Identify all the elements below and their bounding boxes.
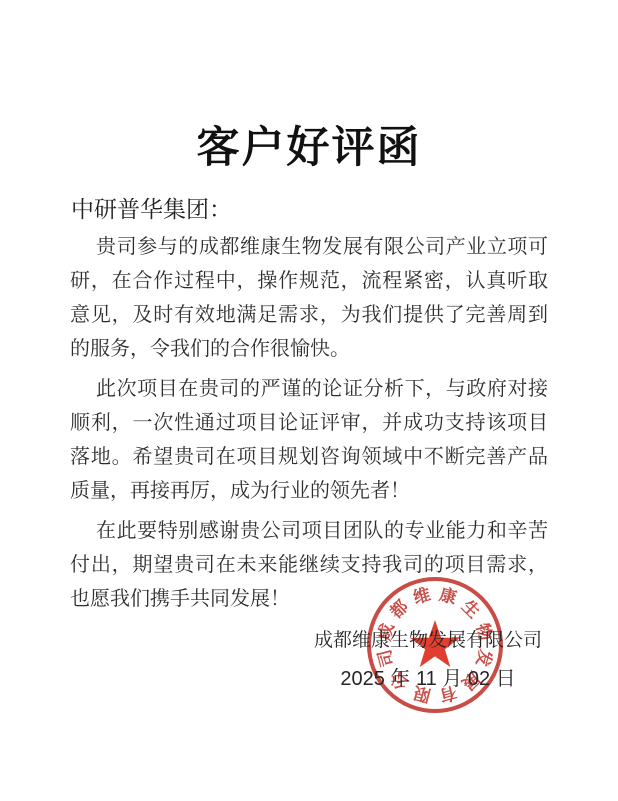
salutation: 中研普华集团： bbox=[71, 191, 232, 224]
letter-page: 客户好评函 中研普华集团： 贵司参与的成都维康生物发展有限公司产业立项可研，在合… bbox=[0, 0, 618, 801]
svg-text:维: 维 bbox=[411, 584, 433, 608]
closing-block: 成都维康生物发展有限公司 2025 年 11 月 02 日 bbox=[314, 628, 542, 693]
paragraph-1: 贵司参与的成都维康生物发展有限公司产业立项可研，在合作过程中，操作规范，流程紧密… bbox=[70, 230, 548, 366]
letter-title: 客户好评函 bbox=[0, 114, 618, 175]
signature-date: 2025 年 11 月 02 日 bbox=[314, 666, 542, 693]
svg-text:都: 都 bbox=[386, 597, 412, 623]
paragraph-2: 此次项目在贵司的严谨的论证分析下，与政府对接顺利，一次性通过项目论证评审，并成功… bbox=[70, 372, 548, 508]
signature-company: 成都维康生物发展有限公司 bbox=[314, 628, 542, 654]
letter-body: 贵司参与的成都维康生物发展有限公司产业立项可研，在合作过程中，操作规范，流程紧密… bbox=[70, 230, 548, 622]
svg-text:康: 康 bbox=[437, 584, 459, 608]
svg-text:生: 生 bbox=[458, 596, 484, 622]
